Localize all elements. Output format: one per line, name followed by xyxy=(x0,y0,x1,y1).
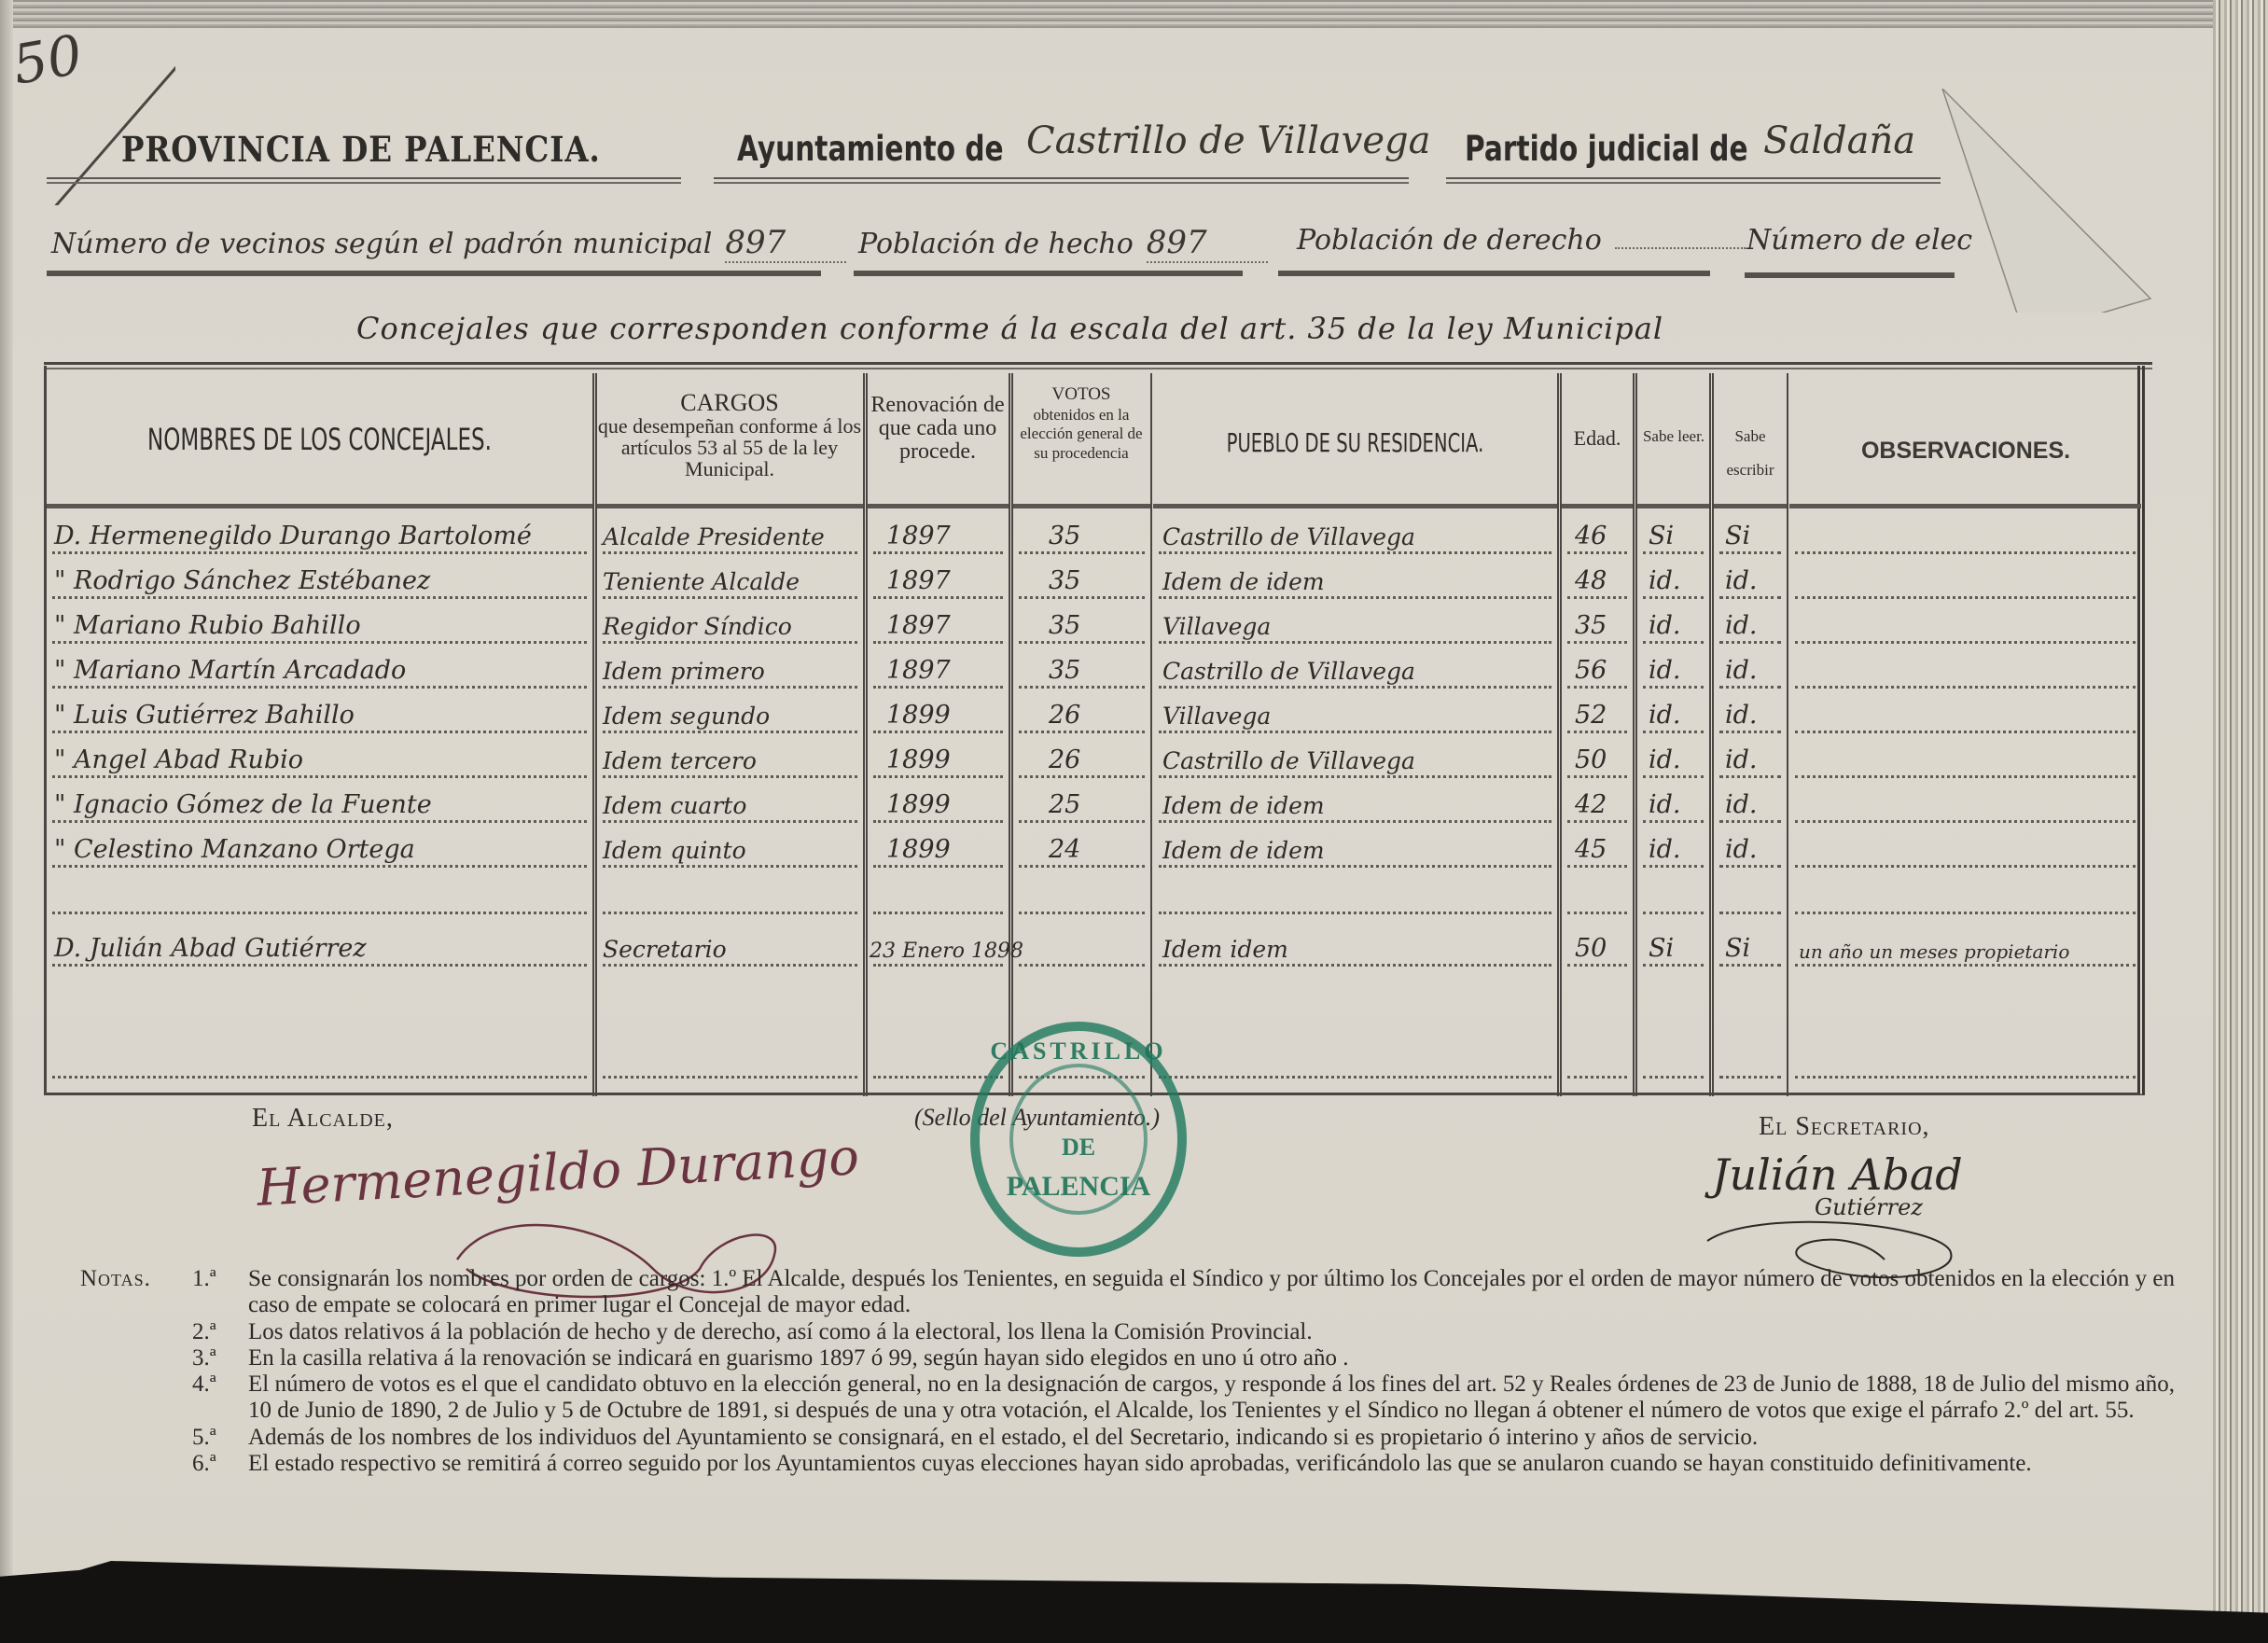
dotted-rule xyxy=(873,912,1003,914)
note-number: 6.ª xyxy=(192,1451,216,1477)
concejales-scale-line: Concejales que corresponden conforme á l… xyxy=(356,311,1663,346)
dotted-rule xyxy=(52,1076,587,1079)
cell-name: " Ignacio Gómez de la Fuente xyxy=(54,790,432,819)
book-page-edges-top xyxy=(0,0,2220,28)
cell-edad: 56 xyxy=(1575,656,1607,685)
dotted-rule xyxy=(1795,731,2136,733)
dotted-rule xyxy=(1719,775,1781,778)
cell-renovacion: 1897 xyxy=(886,566,951,595)
dotted-rule xyxy=(1567,596,1627,599)
stamp-top-text: CASTRILLO xyxy=(970,1037,1187,1065)
dotted-rule xyxy=(52,912,587,914)
note-item: 3.ªEn la casilla relativa á la renovació… xyxy=(80,1345,2179,1371)
cell-cargo: Idem quinto xyxy=(603,837,746,864)
ayuntamiento-label: Ayuntamiento de xyxy=(737,129,1004,169)
dotted-rule xyxy=(1159,820,1551,823)
column-header-sabe-escribir: Sabe escribir xyxy=(1713,420,1788,486)
table-row: " Rodrigo Sánchez EstébanezTeniente Alca… xyxy=(47,556,2141,599)
dotted-rule xyxy=(1019,731,1145,733)
note-item: 6.ªEl estado respectivo se remitirá á co… xyxy=(80,1451,2179,1477)
dotted-rule xyxy=(603,1076,857,1079)
dotted-rule xyxy=(1643,775,1704,778)
cell-renovacion: 1899 xyxy=(886,790,951,819)
dotted-rule xyxy=(873,775,1003,778)
header-row-rule xyxy=(1153,504,1557,508)
cell-pueblo: Idem de idem xyxy=(1162,837,1325,864)
header-rule xyxy=(714,177,1409,184)
note-item: 2.ªLos datos relativos á la población de… xyxy=(80,1319,2179,1345)
dotted-rule xyxy=(1567,912,1627,914)
cell-renovacion: 23 Enero 1898 xyxy=(870,940,1023,963)
dotted-rule xyxy=(873,596,1003,599)
cell-cargo: Secretario xyxy=(603,936,727,963)
dotted-rule xyxy=(1719,1076,1781,1079)
cell-leer: id. xyxy=(1649,656,1681,685)
dotted-rule xyxy=(1159,1076,1551,1079)
dotted-rule xyxy=(52,820,587,823)
dotted-rule xyxy=(1019,964,1145,967)
dotted-rule xyxy=(52,641,587,644)
dotted-rule xyxy=(1159,775,1551,778)
note-number: 2.ª xyxy=(192,1319,216,1345)
dotted-rule xyxy=(1567,865,1627,868)
cell-cargo: Idem tercero xyxy=(603,747,757,774)
cell-leer: id. xyxy=(1649,611,1681,640)
cell-renovacion: 1899 xyxy=(886,745,951,774)
population-rule xyxy=(1745,272,1955,278)
electores-label: Número de elec xyxy=(1746,224,1972,257)
dotted-rule xyxy=(873,865,1003,868)
dotted-rule xyxy=(873,820,1003,823)
population-rule xyxy=(47,271,821,276)
cell-escribir: id. xyxy=(1725,790,1758,819)
header-row-rule xyxy=(1714,504,1787,508)
dotted-rule xyxy=(873,551,1003,554)
note-number: 3.ª xyxy=(192,1345,216,1371)
dotted-rule xyxy=(1643,731,1704,733)
cell-escribir: id. xyxy=(1725,835,1758,864)
dotted-rule xyxy=(1019,641,1145,644)
dotted-rule xyxy=(52,775,587,778)
dotted-rule xyxy=(52,596,587,599)
derecho-label: Población de derecho xyxy=(1297,224,1602,257)
dotted-rule xyxy=(1159,596,1551,599)
header-row-rule xyxy=(1637,504,1709,508)
column-header-pueblo: PUEBLO DE SU RESIDENCIA. xyxy=(1214,429,1496,456)
cell-escribir: id. xyxy=(1725,611,1758,640)
cell-name: " Rodrigo Sánchez Estébanez xyxy=(54,566,430,595)
electores-field: Número de elec xyxy=(1746,224,1972,257)
dotted-rule xyxy=(1795,775,2136,778)
dotted-rule xyxy=(1795,596,2136,599)
dotted-rule xyxy=(1643,865,1704,868)
note-text: El número de votos es el que el candidat… xyxy=(248,1371,2179,1425)
dotted-rule xyxy=(873,964,1003,967)
cell-pueblo: Villavega xyxy=(1162,613,1271,640)
population-rule xyxy=(1278,271,1710,276)
note-number: 5.ª xyxy=(192,1425,216,1451)
table-row: " Mariano Martín ArcadadoIdem primero189… xyxy=(47,646,2141,689)
dotted-rule xyxy=(1719,596,1781,599)
dotted-rule xyxy=(52,865,587,868)
dotted-rule xyxy=(1643,912,1704,914)
cell-name: " Angel Abad Rubio xyxy=(54,745,303,774)
cell-escribir: id. xyxy=(1725,566,1758,595)
dotted-rule xyxy=(1159,964,1551,967)
table-row: " Luis Gutiérrez BahilloIdem segundo1899… xyxy=(47,690,2141,733)
dotted-rule xyxy=(603,775,857,778)
partido-judicial-label: Partido judicial de xyxy=(1465,129,1748,169)
cell-votos: 35 xyxy=(1049,656,1080,685)
table-row: D. Julián Abad GutiérrezSecretario23 Ene… xyxy=(47,924,2141,967)
column-header-votos: VOTOS obtenidos en la elección general d… xyxy=(1012,384,1150,463)
dotted-rule xyxy=(1719,641,1781,644)
cell-renovacion: 1899 xyxy=(886,835,951,864)
cell-edad: 45 xyxy=(1575,835,1607,864)
cell-pueblo: Castrillo de Villavega xyxy=(1162,523,1415,550)
note-text: Se consignarán los nombres por orden de … xyxy=(248,1266,2179,1319)
cell-leer: id. xyxy=(1649,790,1681,819)
dotted-rule xyxy=(1019,865,1145,868)
note-text: En la casilla relativa á la renovación s… xyxy=(248,1345,2179,1371)
cell-name: " Celestino Manzano Ortega xyxy=(54,835,415,864)
dotted-rule xyxy=(1795,551,2136,554)
table-row: " Celestino Manzano OrtegaIdem quinto189… xyxy=(47,825,2141,868)
dotted-rule xyxy=(1159,686,1551,689)
hecho-label: Población de hecho xyxy=(858,228,1134,260)
cell-edad: 48 xyxy=(1575,566,1607,595)
cell-votos: 26 xyxy=(1049,745,1080,774)
notes-section: Notas. 1.ªSe consignarán los nombres por… xyxy=(80,1266,2179,1477)
cell-name: D. Hermenegildo Durango Bartolomé xyxy=(54,522,532,550)
cell-edad: 42 xyxy=(1575,790,1607,819)
vecinos-label: Número de vecinos según el padrón munici… xyxy=(51,228,712,260)
dotted-rule xyxy=(1643,641,1704,644)
cell-escribir: Si xyxy=(1725,522,1750,550)
cell-name: D. Julián Abad Gutiérrez xyxy=(54,934,367,963)
dotted-rule xyxy=(1019,820,1145,823)
cell-cargo: Idem primero xyxy=(603,658,765,685)
cell-leer: Si xyxy=(1649,522,1674,550)
cell-leer: id. xyxy=(1649,745,1681,774)
cell-votos: 24 xyxy=(1049,835,1080,864)
dotted-rule xyxy=(1795,641,2136,644)
table-row: " Mariano Rubio BahilloRegidor Síndico18… xyxy=(47,601,2141,644)
dotted-rule xyxy=(1019,596,1145,599)
derecho-value xyxy=(1615,247,1746,249)
column-header-renovacion: Renovación de que cada uno procede. xyxy=(868,394,1008,465)
table-row: " Angel Abad RubioIdem tercero189926Cast… xyxy=(47,735,2141,778)
header-row-rule xyxy=(1789,504,2141,508)
cell-edad: 50 xyxy=(1575,745,1607,774)
votos-subtitle: obtenidos en la elección general de su p… xyxy=(1020,406,1142,462)
dotted-rule xyxy=(603,820,857,823)
dotted-rule xyxy=(1643,964,1704,967)
dotted-rule xyxy=(1019,912,1145,914)
alcalde-label: El Alcalde, xyxy=(252,1104,394,1134)
cell-escribir: id. xyxy=(1725,656,1758,685)
dotted-rule xyxy=(1019,551,1145,554)
table-row xyxy=(47,871,2141,914)
cell-edad: 50 xyxy=(1575,934,1607,963)
cell-cargo: Teniente Alcalde xyxy=(603,568,800,595)
note-number: 1.ª xyxy=(192,1266,216,1292)
cell-pueblo: Idem de idem xyxy=(1162,568,1325,595)
cell-renovacion: 1897 xyxy=(886,522,951,550)
partido-judicial-value: Saldaña xyxy=(1763,119,1915,162)
dotted-rule xyxy=(1795,865,2136,868)
dotted-rule xyxy=(52,686,587,689)
column-header-cargos: CARGOS que desempeñan conforme á los art… xyxy=(594,390,865,480)
header-row-rule xyxy=(868,504,1009,508)
dotted-rule xyxy=(603,964,857,967)
cell-votos: 35 xyxy=(1049,566,1080,595)
note-item: 1.ªSe consignarán los nombres por orden … xyxy=(80,1266,2179,1319)
cell-pueblo: Idem idem xyxy=(1162,936,1288,963)
hecho-field: Población de hecho897 xyxy=(858,224,1268,263)
dotted-rule xyxy=(1567,820,1627,823)
dotted-rule xyxy=(1643,1076,1704,1079)
dotted-rule xyxy=(1019,775,1145,778)
dotted-rule xyxy=(1719,912,1781,914)
dotted-rule xyxy=(603,686,857,689)
note-text: Además de los nombres de los individuos … xyxy=(248,1425,2179,1451)
cell-edad: 46 xyxy=(1575,522,1607,550)
dotted-rule xyxy=(603,865,857,868)
cell-renovacion: 1897 xyxy=(886,611,951,640)
cell-renovacion: 1899 xyxy=(886,701,951,730)
dotted-rule xyxy=(52,964,587,967)
header-row-rule xyxy=(1562,504,1633,508)
cell-cargo: Alcalde Presidente xyxy=(603,523,825,550)
cell-renovacion: 1897 xyxy=(886,656,951,685)
header-rule xyxy=(47,177,681,184)
folio-number: 50 xyxy=(8,22,87,97)
table-row: D. Hermenegildo Durango BartoloméAlcalde… xyxy=(47,511,2141,554)
cell-leer: Si xyxy=(1649,934,1674,963)
dotted-rule xyxy=(603,912,857,914)
dotted-rule xyxy=(873,1076,1003,1079)
cell-votos: 35 xyxy=(1049,522,1080,550)
dotted-rule xyxy=(1567,1076,1627,1079)
dotted-rule xyxy=(873,686,1003,689)
dotted-rule xyxy=(873,641,1003,644)
dotted-rule xyxy=(1719,686,1781,689)
dotted-rule xyxy=(1159,641,1551,644)
cell-leer: id. xyxy=(1649,701,1681,730)
header-rule xyxy=(1446,177,1941,184)
cell-leer: id. xyxy=(1649,835,1681,864)
derecho-field: Población de derecho xyxy=(1297,224,1746,257)
dotted-rule xyxy=(1159,865,1551,868)
cell-pueblo: Castrillo de Villavega xyxy=(1162,658,1415,685)
note-item: 5.ªAdemás de los nombres de los individu… xyxy=(80,1425,2179,1451)
dotted-rule xyxy=(1159,551,1551,554)
dotted-rule xyxy=(1719,820,1781,823)
secretario-label: El Secretario, xyxy=(1759,1112,1930,1142)
cell-escribir: Si xyxy=(1725,934,1750,963)
ayuntamiento-value: Castrillo de Villavega xyxy=(1026,119,1430,162)
stamp-bottom-text: PALENCIA xyxy=(970,1171,1187,1203)
dotted-rule xyxy=(603,641,857,644)
cell-votos: 25 xyxy=(1049,790,1080,819)
vecinos-value: 897 xyxy=(725,224,846,263)
note-item: 4.ªEl número de votos es el que el candi… xyxy=(80,1371,2179,1425)
dotted-rule xyxy=(1719,731,1781,733)
dotted-rule xyxy=(1719,865,1781,868)
cell-escribir: id. xyxy=(1725,701,1758,730)
book-page-edge-left xyxy=(0,0,13,1586)
dotted-rule xyxy=(1643,551,1704,554)
dotted-rule xyxy=(1795,1076,2136,1079)
note-text: Los datos relativos á la población de he… xyxy=(248,1319,2179,1345)
book-binding-edge xyxy=(2213,0,2268,1643)
dotted-rule xyxy=(603,551,857,554)
dotted-rule xyxy=(1159,731,1551,733)
vecinos-field: Número de vecinos según el padrón munici… xyxy=(51,224,846,263)
dotted-rule xyxy=(1643,686,1704,689)
cell-votos: 26 xyxy=(1049,701,1080,730)
dotted-rule xyxy=(1567,731,1627,733)
province-title: PROVINCIA DE PALENCIA. xyxy=(121,129,601,170)
dotted-rule xyxy=(52,551,587,554)
column-header-names: NOMBRES DE LOS CONCEJALES. xyxy=(123,425,516,456)
cell-leer: id. xyxy=(1649,566,1681,595)
dotted-rule xyxy=(1795,686,2136,689)
secretario-signature-name: Julián Abad xyxy=(1712,1149,1963,1200)
dotted-rule xyxy=(1567,964,1627,967)
dotted-rule xyxy=(1795,912,2136,914)
dotted-rule xyxy=(603,731,857,733)
cell-name: " Mariano Rubio Bahillo xyxy=(54,611,361,640)
dotted-rule xyxy=(1567,641,1627,644)
column-header-sabe-leer: Sabe leer. xyxy=(1636,420,1711,453)
dotted-rule xyxy=(1019,686,1145,689)
dotted-rule xyxy=(873,731,1003,733)
note-text: El estado respectivo se remitirá á corre… xyxy=(248,1451,2179,1477)
population-rule xyxy=(854,271,1243,276)
dotted-rule xyxy=(1719,551,1781,554)
header-row-rule xyxy=(1013,504,1150,508)
dotted-rule xyxy=(1567,775,1627,778)
dotted-rule xyxy=(1567,686,1627,689)
cell-name: " Luis Gutiérrez Bahillo xyxy=(54,701,355,730)
dotted-rule xyxy=(1159,912,1551,914)
cell-pueblo: Castrillo de Villavega xyxy=(1162,747,1415,774)
cell-obs: un año un meses propietario xyxy=(1799,940,2069,963)
dotted-rule xyxy=(1643,596,1704,599)
dotted-rule xyxy=(1795,820,2136,823)
stamp-mid-text: DE xyxy=(970,1134,1187,1162)
dotted-rule xyxy=(1719,964,1781,967)
hecho-value: 897 xyxy=(1147,224,1268,263)
folded-corner xyxy=(1941,89,2220,313)
cell-edad: 35 xyxy=(1575,611,1607,640)
table-row: " Ignacio Gómez de la FuenteIdem cuarto1… xyxy=(47,780,2141,823)
column-header-observaciones: OBSERVACIONES. xyxy=(1789,439,2142,463)
cell-cargo: Regidor Síndico xyxy=(603,613,792,640)
header-row-rule xyxy=(47,504,592,508)
cargos-title: CARGOS xyxy=(594,390,865,415)
cell-escribir: id. xyxy=(1725,745,1758,774)
dotted-rule xyxy=(603,596,857,599)
cell-edad: 52 xyxy=(1575,701,1607,730)
secretario-signature: Julián Abad Gutiérrez xyxy=(1712,1149,1963,1220)
dotted-rule xyxy=(52,731,587,733)
cell-pueblo: Idem de idem xyxy=(1162,792,1325,819)
cell-name: " Mariano Martín Arcadado xyxy=(54,656,406,685)
cell-pueblo: Villavega xyxy=(1162,703,1271,730)
cell-votos: 35 xyxy=(1049,611,1080,640)
column-header-edad: Edad. xyxy=(1561,427,1634,449)
votos-title: VOTOS xyxy=(1012,384,1150,406)
cell-cargo: Idem segundo xyxy=(603,703,770,730)
cargos-subtitle: que desempeñan conforme á los artículos … xyxy=(598,414,861,480)
header-row-rule xyxy=(597,504,863,508)
dotted-rule xyxy=(1643,820,1704,823)
dotted-rule xyxy=(1567,551,1627,554)
cell-cargo: Idem cuarto xyxy=(603,792,746,819)
note-number: 4.ª xyxy=(192,1371,216,1398)
dotted-rule xyxy=(1795,964,2136,967)
